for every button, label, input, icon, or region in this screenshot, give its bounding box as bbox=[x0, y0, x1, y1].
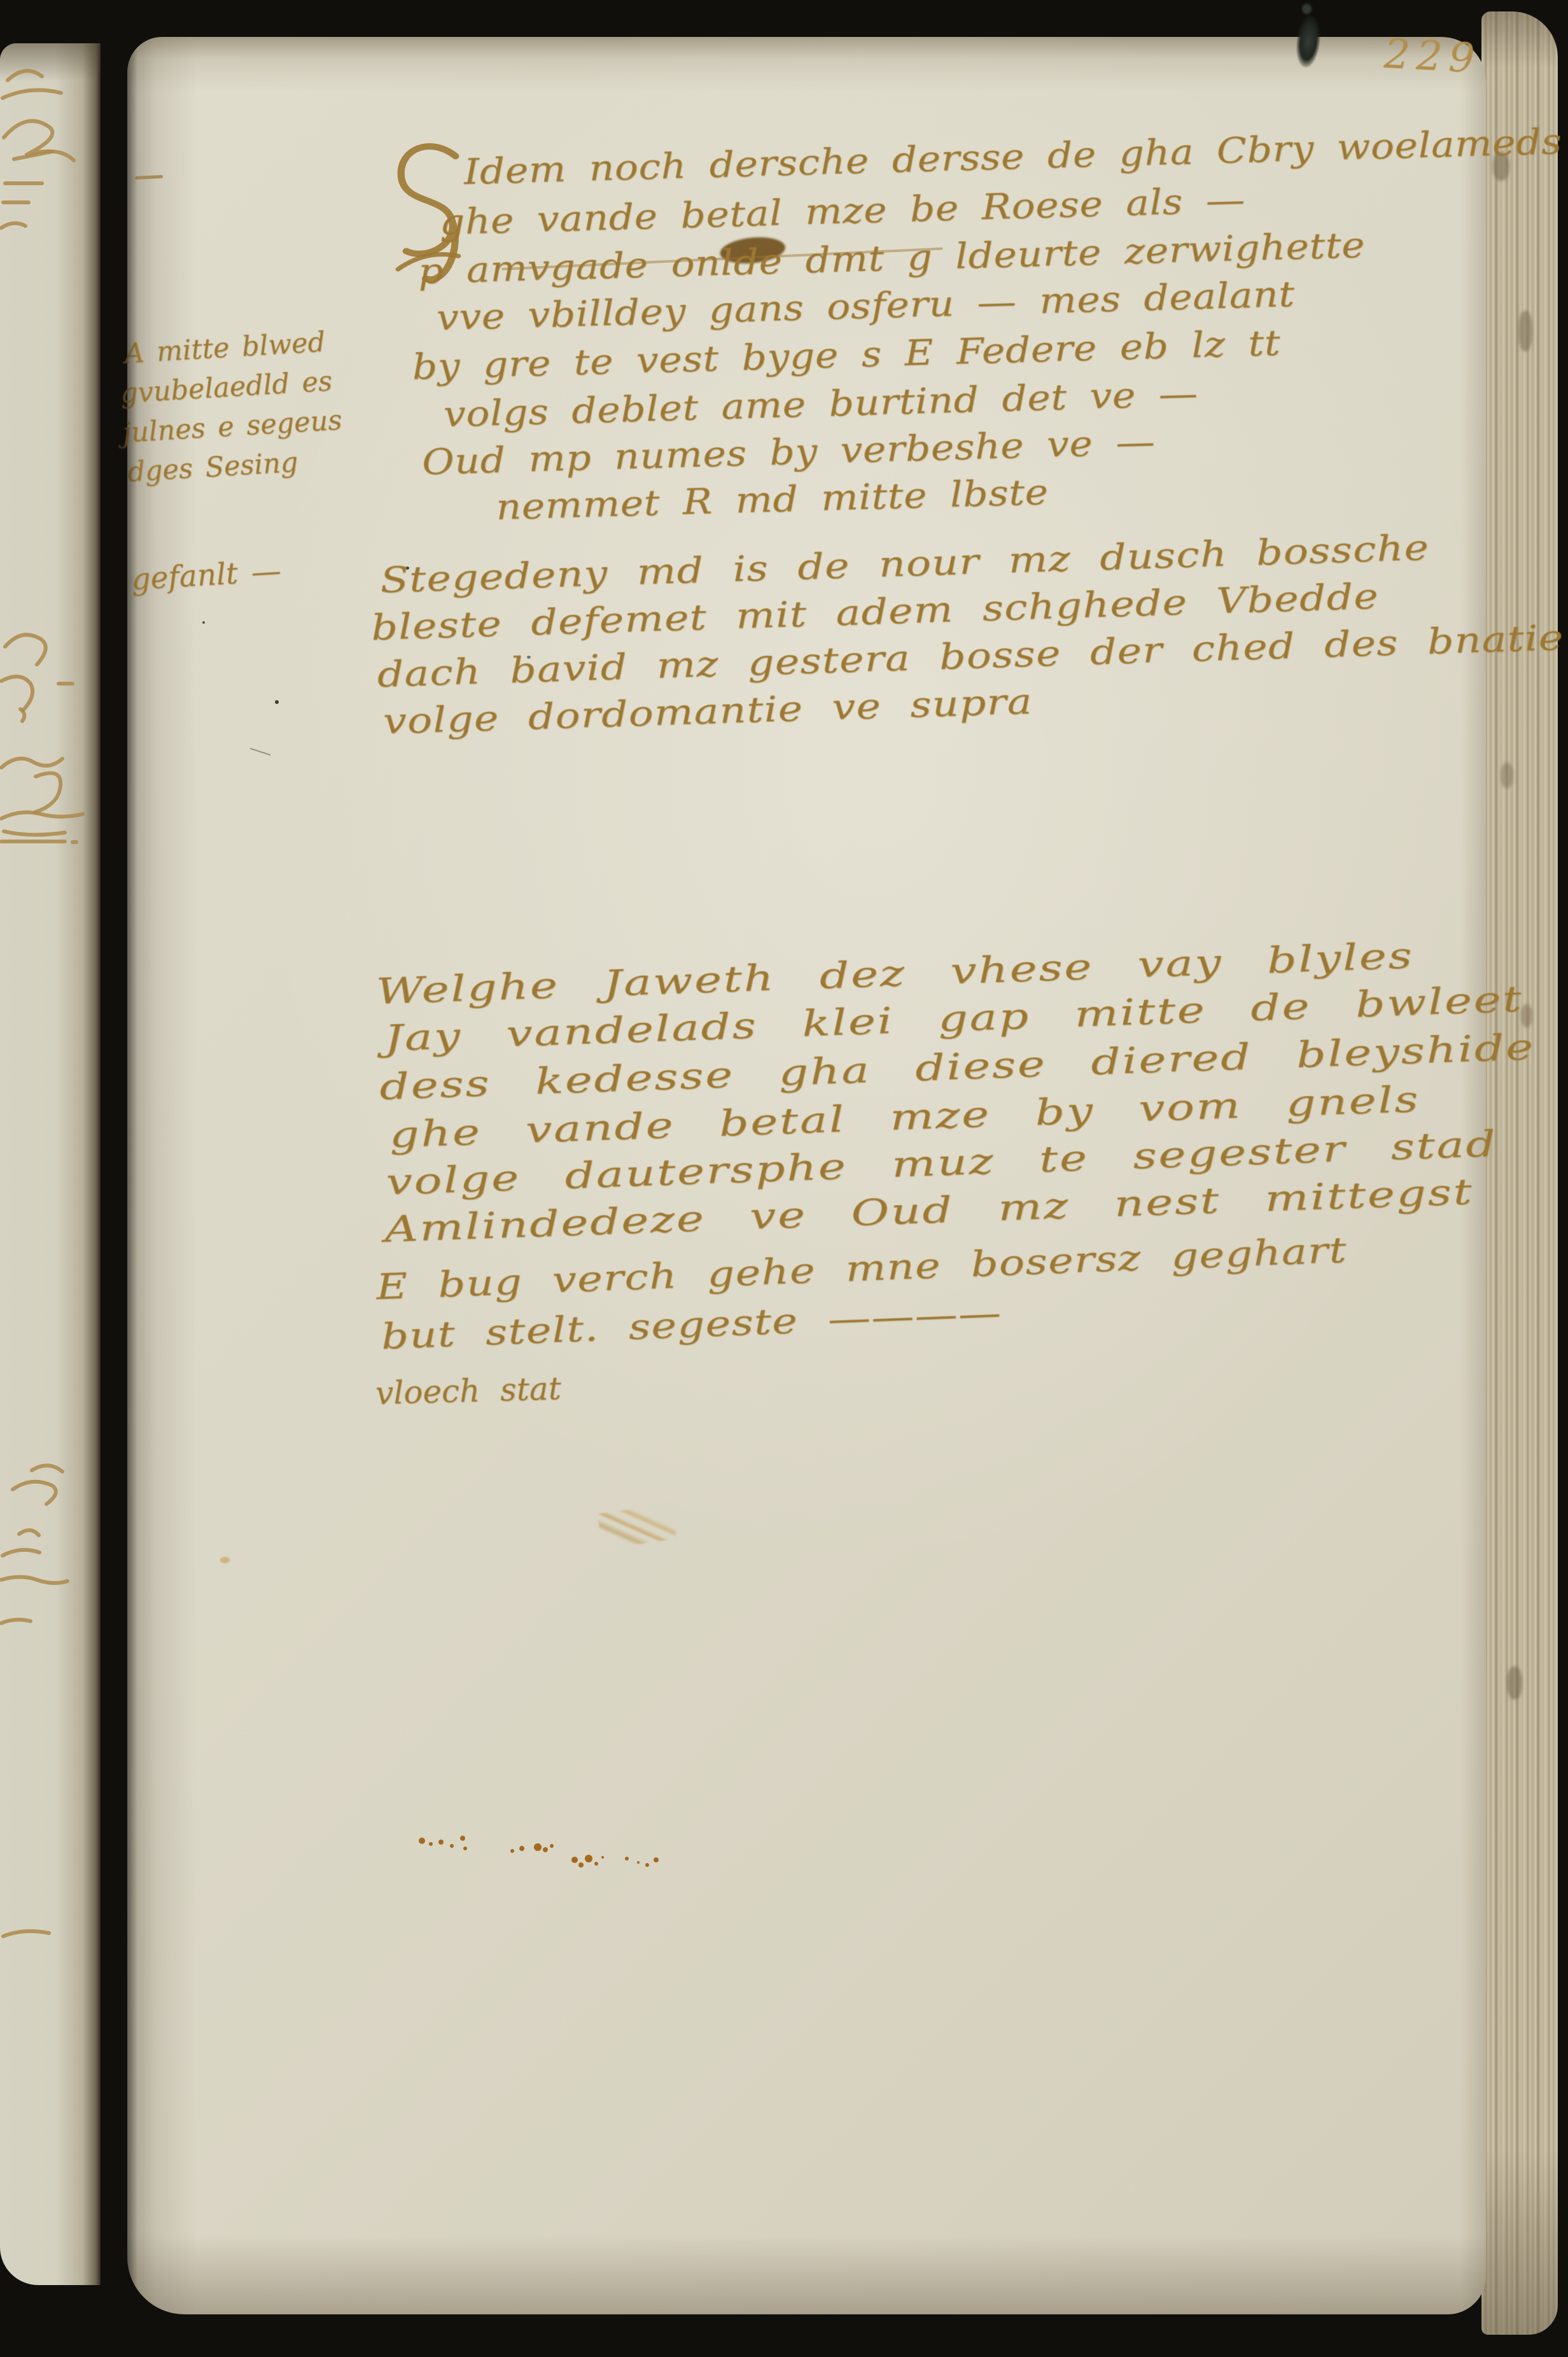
fore-edge-streak bbox=[1518, 311, 1532, 351]
facing-page-edge bbox=[0, 43, 101, 2285]
margin-note-line: dges Sesing bbox=[127, 447, 299, 489]
paper-speck bbox=[275, 700, 279, 704]
closing-word: vloech stat bbox=[375, 1370, 561, 1412]
paper-scratch bbox=[250, 748, 271, 756]
book-gutter-shadow bbox=[95, 25, 137, 2330]
fore-edge-streak bbox=[1507, 1666, 1522, 1699]
margin-note-line: julnes e segeus bbox=[122, 404, 342, 449]
paper-speck bbox=[202, 621, 205, 624]
dark-ink-blot-dot bbox=[1302, 4, 1312, 14]
margin-dash-stroke bbox=[135, 175, 163, 179]
paper-speck bbox=[527, 656, 531, 659]
paper-speck bbox=[406, 566, 409, 570]
margin-note-line: gvubelaedld es bbox=[120, 365, 333, 410]
yellow-speck bbox=[220, 1557, 230, 1563]
yellow-smudge bbox=[598, 1503, 677, 1549]
foxing-speckles bbox=[417, 1827, 690, 1884]
margin-note-line: A mitte blwed bbox=[123, 327, 326, 370]
margin-note-footer: gefanlt — bbox=[130, 553, 282, 597]
manuscript-scan: { "document": { "kind": "bound manuscrip… bbox=[0, 0, 1568, 2357]
manuscript-line: Idem noch dersche dersse de gha Cbry woe… bbox=[463, 121, 1562, 192]
manuscript-page: — 229 Idem noch dersche dersse de gha Cb… bbox=[127, 37, 1486, 2314]
facing-page-ink-fragments bbox=[0, 43, 101, 2285]
dark-ink-blot bbox=[1294, 14, 1323, 69]
fore-edge-page-stack bbox=[1481, 11, 1558, 2335]
manuscript-line: nemmet R md mitte lbste bbox=[496, 472, 1049, 528]
fore-edge-streak bbox=[1501, 763, 1513, 788]
page-number: 229 bbox=[1383, 31, 1482, 83]
